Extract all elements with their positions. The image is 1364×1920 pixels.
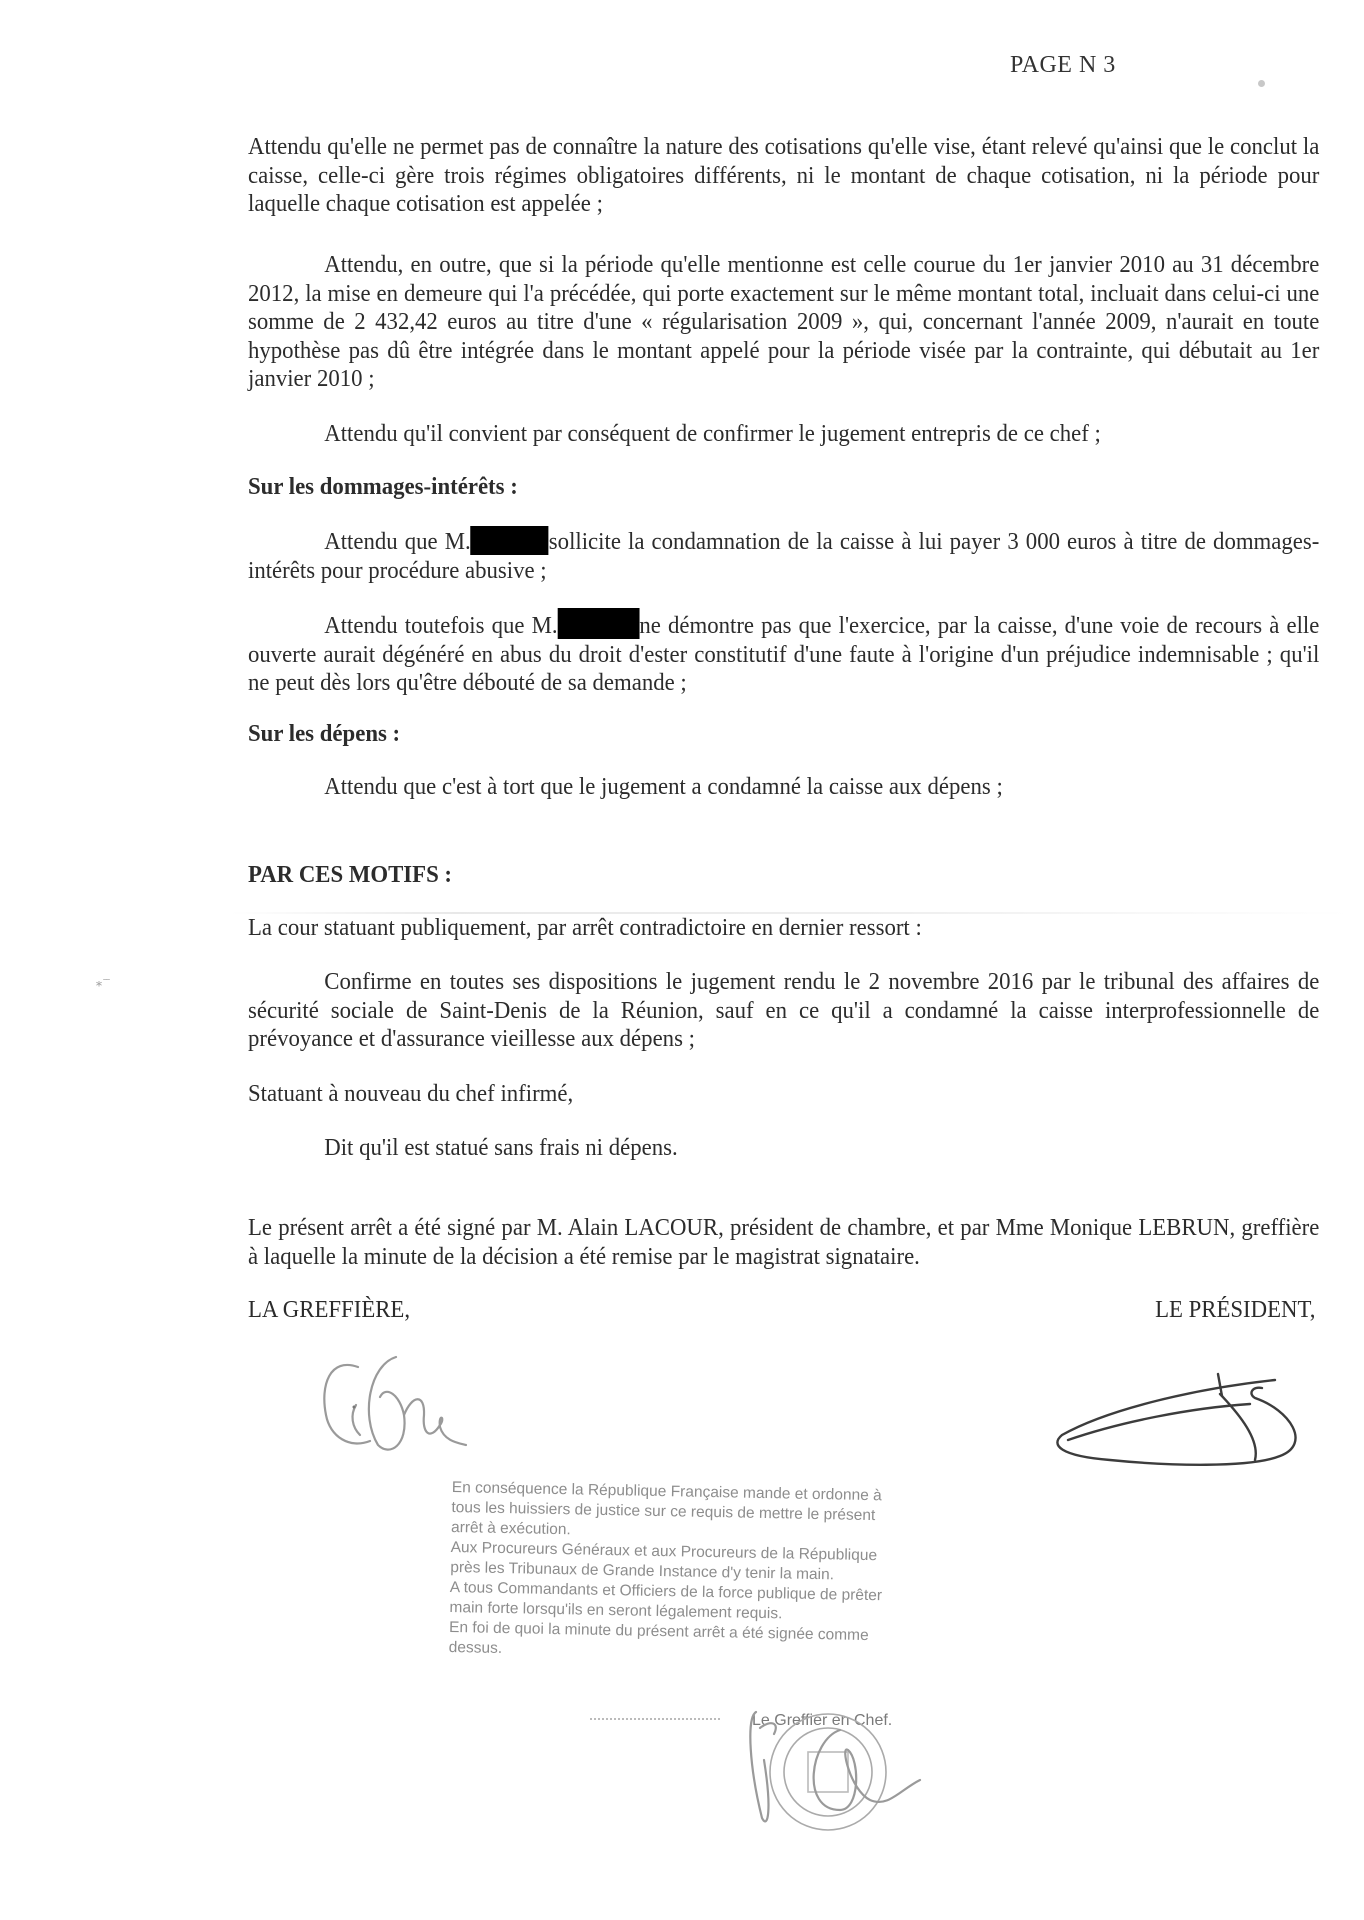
stamp-line: En foi de quoi la minute du présent arrê… bbox=[449, 1618, 910, 1667]
page-number: PAGE N 3 bbox=[1010, 52, 1116, 79]
margin-mark: ⁎ ̄ ̄ bbox=[96, 975, 108, 990]
redacted-name bbox=[471, 526, 549, 555]
heading-depens: Sur les dépens : bbox=[248, 720, 1319, 749]
scan-speck bbox=[1258, 80, 1265, 87]
president-signature bbox=[1050, 1360, 1310, 1470]
dotted-line bbox=[590, 1718, 720, 1720]
paragraph-statuant-nouveau: Statuant à nouveau du chef infirmé, bbox=[248, 1080, 1319, 1109]
president-label: LE PRÉSIDENT, bbox=[1155, 1296, 1315, 1324]
paragraph-demande-dommages: Attendu que M.sollicite la condamnation … bbox=[248, 526, 1319, 585]
execution-formula-stamp: En conséquence la République Française m… bbox=[449, 1478, 912, 1667]
redacted-name bbox=[558, 608, 640, 639]
stamp-line: En conséquence la République Française m… bbox=[451, 1478, 912, 1547]
paragraph-confirme: Confirme en toutes ses dispositions le j… bbox=[248, 968, 1319, 1054]
paragraph-confirmation: Attendu qu'il convient par conséquent de… bbox=[248, 420, 1319, 449]
greffiere-signature bbox=[300, 1345, 470, 1465]
paragraph-signature-statement: Le présent arrêt a été signé par M. Alai… bbox=[248, 1214, 1319, 1271]
paragraph-depens: Attendu que c'est à tort que le jugement… bbox=[248, 773, 1319, 802]
text-segment: Attendu toutefois que M. bbox=[324, 612, 557, 639]
paragraph-cotisations: Attendu qu'elle ne permet pas de connaît… bbox=[248, 133, 1319, 219]
court-seal bbox=[720, 1700, 940, 1840]
heading-par-ces-motifs: PAR CES MOTIFS : bbox=[248, 861, 1319, 890]
greffiere-label: LA GREFFIÈRE, bbox=[248, 1296, 410, 1324]
heading-dommages-interets: Sur les dommages-intérêts : bbox=[248, 473, 1319, 502]
text-segment: Attendu que M. bbox=[324, 528, 470, 555]
paragraph-periode: Attendu, en outre, que si la période qu'… bbox=[248, 251, 1319, 394]
paragraph-dit: Dit qu'il est statué sans frais ni dépen… bbox=[248, 1134, 1319, 1163]
paragraph-cour-statuant: La cour statuant publiquement, par arrêt… bbox=[248, 914, 1319, 943]
paragraph-rejet-dommages: Attendu toutefois que M.ne démontre pas … bbox=[248, 608, 1319, 698]
